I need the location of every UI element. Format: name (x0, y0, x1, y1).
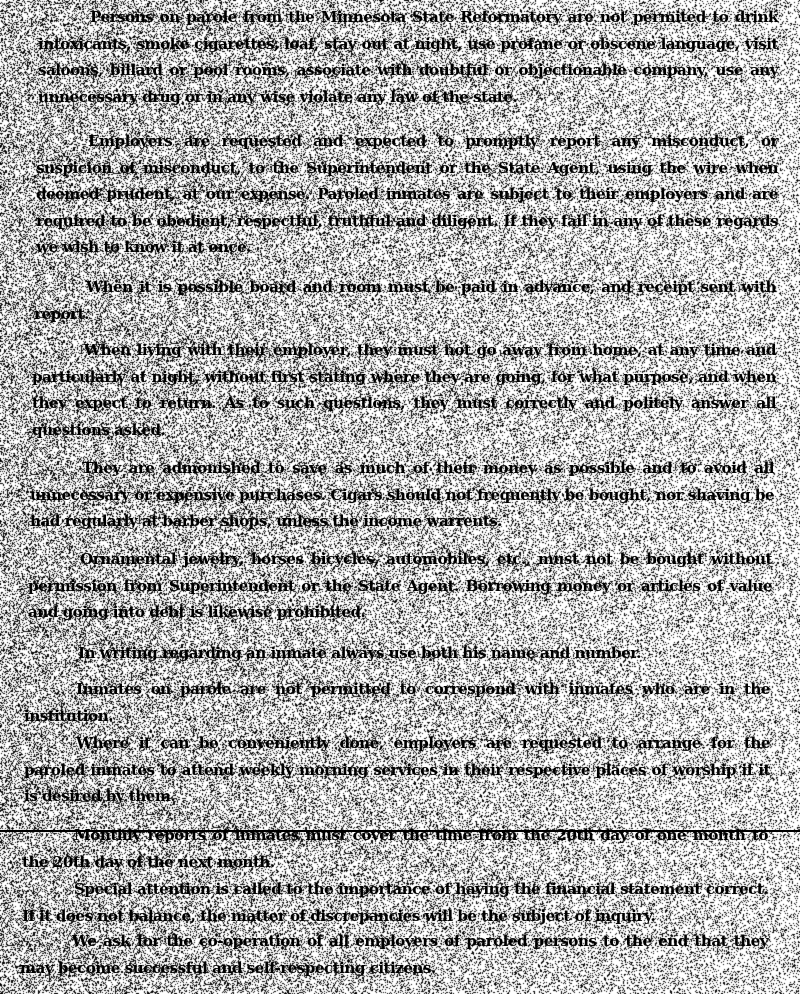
paragraph-purchases-prohibited: Ornamental jewelry, horses bicycles, aut… (28, 546, 772, 626)
paragraph-financial-statement: Special attention is called to the impor… (22, 876, 768, 929)
horizontal-rule (0, 830, 800, 832)
paragraph-correspondence: Inmates on parole are not permitted to c… (24, 676, 770, 729)
paragraph-employer-reporting: Employers are requested and expected to … (36, 128, 778, 261)
paragraph-saving-money: They are admonished to save as much of t… (30, 455, 774, 535)
paragraph-name-and-number: In writing regarding an inmate always us… (26, 640, 770, 667)
scanned-document-page: Persons on parole from the Minnesota Sta… (0, 0, 800, 994)
paragraph-worship-services: Where it can be conveniently done, emplo… (24, 730, 770, 810)
paragraph-living-with-employer: When living with their employer, they mu… (32, 337, 776, 443)
paragraph-board-and-room: When it is possible board and room must … (34, 274, 776, 327)
paragraph-parole-restrictions: Persons on parole from the Minnesota Sta… (38, 4, 778, 110)
paragraph-cooperation: We ask for the co-operation of all emplo… (20, 928, 768, 981)
